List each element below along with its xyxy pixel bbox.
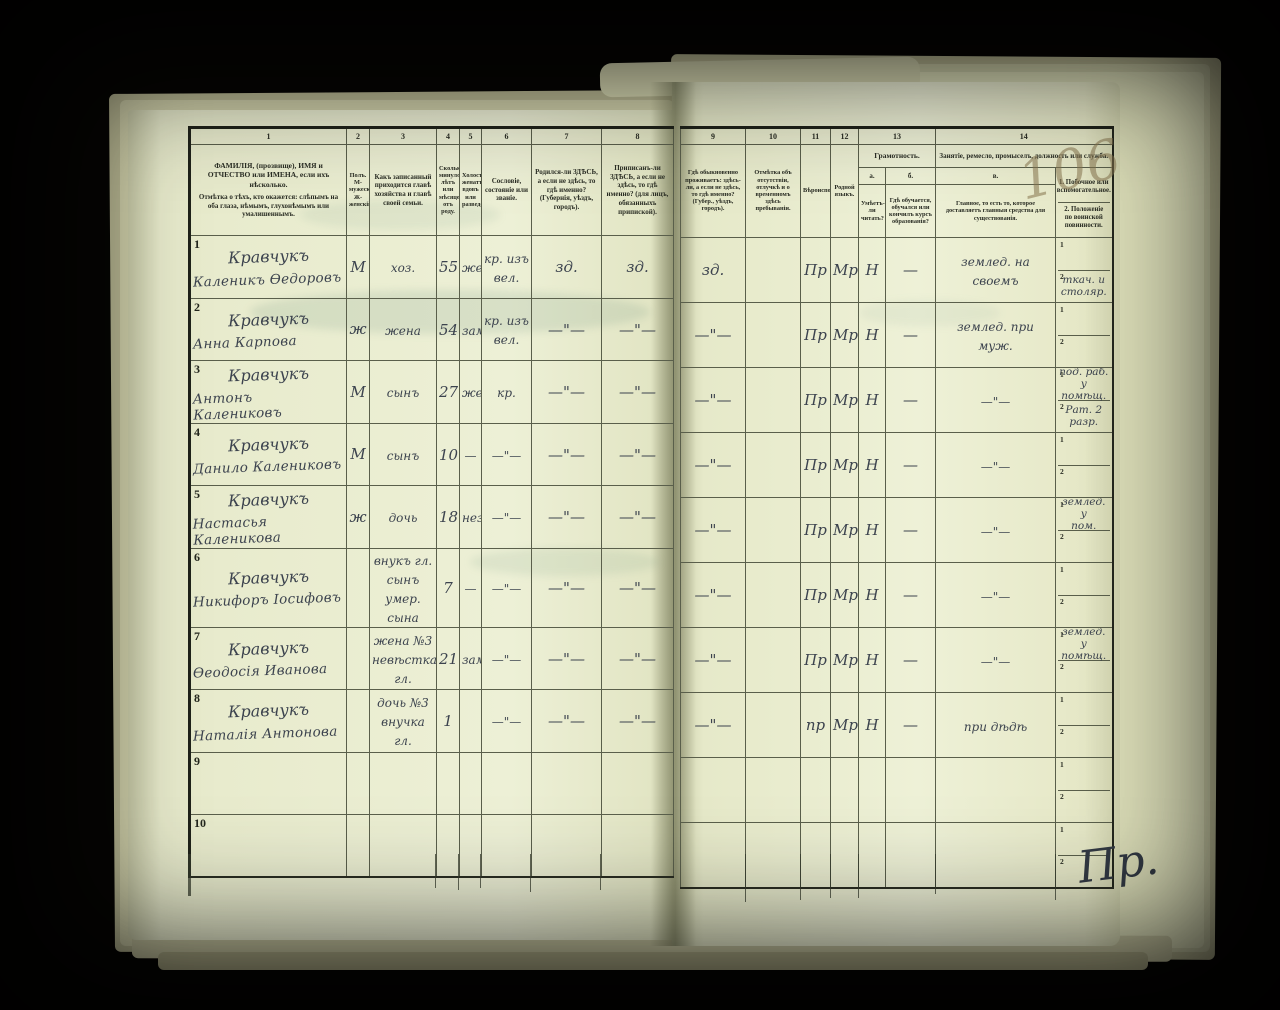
residence-handwriting: —"—	[695, 391, 732, 409]
cell-relation: внукъ гл. сынъ умер. сына	[370, 548, 437, 627]
cell-religion: Пр	[801, 368, 831, 433]
relation-handwriting: дочь	[389, 511, 418, 525]
census-row-right: —"— Пр Мр Н — землед. при муж. 1 2	[681, 303, 1113, 368]
printed-label-1: 1	[1060, 370, 1064, 379]
registration-handwriting: —"—	[619, 446, 656, 464]
birthplace-handwriting: зд.	[555, 258, 577, 276]
cell-age	[437, 752, 460, 815]
cell-registration: —"—	[602, 627, 674, 690]
census-row-left: 6 Кравчукъ Никифоръ Іосифовъ внукъ гл. с…	[190, 548, 674, 627]
fullname-handwriting: Антонъ Калениковъ	[193, 387, 345, 423]
cell-religion: Пр	[801, 628, 831, 693]
cell-sex	[347, 627, 370, 690]
row-number: 4	[194, 425, 200, 440]
fullname-handwriting: Ѳеодосія Иванова	[193, 662, 344, 683]
occupation-handwriting: —"—	[981, 590, 1011, 604]
age-handwriting: 55	[439, 258, 458, 276]
cell-birthplace: —"—	[532, 627, 602, 690]
schooling-handwriting: —	[903, 586, 918, 604]
religion-handwriting: Пр	[804, 326, 827, 344]
literacy-handwriting: Н	[865, 261, 878, 279]
occupation-handwriting: —"—	[981, 460, 1011, 474]
page-stack-bottom-2	[158, 952, 1148, 970]
cell-sex: М	[347, 361, 370, 424]
estate-handwriting: —"—	[492, 653, 522, 667]
cell-relation	[370, 815, 437, 878]
col-header-registration: Приписанъ-ли ЗДѢСЬ, а если не здѣсь, то …	[602, 145, 674, 236]
side-occupation-handwriting: землед. у помѣщ.	[1058, 628, 1110, 663]
language-handwriting: Мр	[833, 651, 858, 669]
occupation-handwriting: землед. на своемъ	[961, 255, 1030, 288]
cell-literacy: Н	[859, 563, 886, 628]
cell-sex	[347, 690, 370, 753]
birthplace-handwriting: —"—	[548, 508, 585, 526]
cell-estate: —"—	[482, 548, 532, 627]
cell-estate: —"—	[482, 690, 532, 753]
religion-handwriting: Пр	[804, 521, 827, 539]
census-row-left: 2 Кравчукъ Анна Карпова ж жена 54 зам. к…	[190, 298, 674, 361]
side-occupation-sub1: 1 землед. у пом.	[1058, 499, 1110, 531]
cell-schooling: —	[886, 693, 936, 758]
cell-name: 3 Кравчукъ Антонъ Калениковъ	[190, 361, 347, 424]
residence-handwriting: —"—	[695, 326, 732, 344]
relation-handwriting: жена №3 невѣстка гл.	[372, 634, 437, 686]
residence-handwriting: —"—	[695, 521, 732, 539]
census-row-right: —"— Пр Мр Н — —"— 1 2	[681, 433, 1113, 498]
cell-marital	[460, 752, 482, 815]
cell-name: 4 Кравчукъ Данило Калениковъ	[190, 423, 347, 486]
residence-handwriting: —"—	[695, 716, 732, 734]
col-header-absence: Отмѣтка объ отсутствіи, отлучкѣ и о врем…	[746, 145, 801, 238]
row-number: 2	[194, 300, 200, 315]
side-occupation-sub2: 2	[1058, 596, 1110, 627]
fullname-handwriting: Наталія Антонова	[193, 724, 344, 745]
surname-handwriting: Кравчукъ	[193, 637, 345, 661]
cell-sex	[347, 752, 370, 815]
column-number-row: 1 2 3 4 5 6 7 8	[190, 128, 674, 145]
printed-label-1: 1	[1060, 825, 1064, 834]
table-rule-extension	[830, 854, 831, 898]
age-handwriting: 7	[443, 579, 453, 597]
cell-birthplace: —"—	[532, 548, 602, 627]
occupation-handwriting: —"—	[981, 525, 1011, 539]
col-number: 1	[190, 128, 347, 145]
surname-handwriting: Кравчукъ	[193, 700, 345, 724]
cell-birthplace	[532, 815, 602, 878]
cell-side-occupation: 1 2	[1056, 758, 1113, 823]
cell-age: 27	[437, 361, 460, 424]
marital-handwriting: зам.	[462, 324, 482, 338]
col-number: 10	[746, 128, 801, 145]
literacy-handwriting: Н	[865, 391, 878, 409]
cell-main-occupation: землед. при муж.	[936, 303, 1056, 368]
cell-registration: —"—	[602, 361, 674, 424]
cell-relation: сынъ	[370, 361, 437, 424]
cell-schooling: —	[886, 433, 936, 498]
col-number: 7	[532, 128, 602, 145]
cell-absence	[746, 498, 801, 563]
cell-relation: жена	[370, 298, 437, 361]
cell-registration: —"—	[602, 690, 674, 753]
fullname-handwriting	[193, 784, 344, 789]
birthplace-handwriting: —"—	[548, 383, 585, 401]
census-row-right: —"— Пр Мр Н — —"— 1 под. раб. у помѣщ. 2…	[681, 368, 1113, 433]
literacy-handwriting: Н	[865, 456, 878, 474]
cell-residence	[681, 823, 746, 889]
cell-absence	[746, 303, 801, 368]
cell-relation: сынъ	[370, 423, 437, 486]
registration-handwriting: —"—	[619, 383, 656, 401]
printed-label-2: 2	[1060, 792, 1064, 801]
printed-label-2: 2	[1060, 337, 1064, 346]
col-header-literacy-group: Грамотность.	[859, 145, 936, 168]
cell-marital: зам.	[460, 298, 482, 361]
cell-language: Мр	[831, 693, 859, 758]
fullname-handwriting	[193, 846, 344, 851]
census-row-left: 9	[190, 752, 674, 815]
col-number: 4	[437, 128, 460, 145]
age-handwriting: 18	[439, 508, 458, 526]
printed-label-2: 2	[1060, 402, 1064, 411]
cell-side-occupation: 1 2	[1056, 303, 1113, 368]
surname-handwriting: Кравчукъ	[193, 433, 345, 457]
literacy-handwriting: Н	[865, 716, 878, 734]
census-row-right: —"— пр Мр Н — при дѣдѣ 1 2	[681, 693, 1113, 758]
language-handwriting: Мр	[833, 521, 858, 539]
occupation-handwriting: при дѣдѣ	[964, 720, 1027, 734]
cell-schooling: —	[886, 563, 936, 628]
sex-handwriting: М	[350, 258, 365, 276]
cell-marital	[460, 815, 482, 878]
cell-estate: кр. изъ вел.	[482, 236, 532, 299]
cell-language: Мр	[831, 368, 859, 433]
cell-age: 21	[437, 627, 460, 690]
side-occupation-sub1: 1	[1058, 564, 1110, 596]
cell-birthplace: —"—	[532, 423, 602, 486]
cell-absence	[746, 238, 801, 303]
cell-residence: —"—	[681, 693, 746, 758]
cell-estate: кр. изъ вел.	[482, 298, 532, 361]
cell-literacy	[859, 758, 886, 823]
table-rule-extension	[800, 854, 801, 900]
col-header-can-read: Умѣетъ-ли читать?	[859, 185, 886, 238]
cell-absence	[746, 433, 801, 498]
cell-side-occupation: 1 2 ткач. и столяр.	[1056, 238, 1113, 303]
language-handwriting: Мр	[833, 456, 858, 474]
row-number: 6	[194, 550, 200, 565]
estate-handwriting: кр. изъ вел.	[484, 314, 529, 347]
row-number: 10	[194, 816, 206, 831]
table-rule-extension	[480, 854, 481, 888]
cell-marital: —	[460, 423, 482, 486]
table-rule-extension	[1055, 854, 1056, 900]
side-occupation-sub2: 2 Рат. 2 разр.	[1058, 401, 1110, 432]
cell-age	[437, 815, 460, 878]
sex-handwriting: ж	[349, 508, 366, 526]
col-number: 6	[482, 128, 532, 145]
schooling-handwriting: —	[903, 326, 918, 344]
cell-sex: М	[347, 423, 370, 486]
cell-schooling: —	[886, 368, 936, 433]
cell-name: 7 Кравчукъ Ѳеодосія Иванова	[190, 627, 347, 690]
side-occupation-sub2: 2	[1058, 791, 1110, 822]
col-number: 2	[347, 128, 370, 145]
cell-name: 5 Кравчукъ Настасья Каленикова	[190, 486, 347, 549]
cell-absence	[746, 563, 801, 628]
sex-handwriting: ж	[349, 320, 366, 338]
cell-absence	[746, 693, 801, 758]
printed-label-1: 1	[1060, 435, 1064, 444]
cell-relation: дочь №3 внучка гл.	[370, 690, 437, 753]
cell-age: 54	[437, 298, 460, 361]
col-number: 11	[801, 128, 831, 145]
cell-registration: зд.	[602, 236, 674, 299]
cell-sex	[347, 548, 370, 627]
estate-handwriting: кр. изъ вел.	[484, 252, 529, 285]
age-handwriting: 54	[439, 321, 458, 339]
residence-handwriting: —"—	[695, 651, 732, 669]
printed-label-2: 2	[1060, 272, 1064, 281]
cell-main-occupation: —"—	[936, 498, 1056, 563]
cell-main-occupation: —"—	[936, 563, 1056, 628]
cell-birthplace: зд.	[532, 236, 602, 299]
col-header-military-status: 2. Положеніе по воинской повинности.	[1058, 203, 1110, 233]
table-rule-extension	[858, 854, 859, 898]
census-row-right: 1 2	[681, 758, 1113, 823]
cell-side-occupation: 1 2	[1056, 693, 1113, 758]
occupation-handwriting: —"—	[981, 655, 1011, 669]
cell-main-occupation: —"—	[936, 628, 1056, 693]
cell-registration	[602, 815, 674, 878]
religion-handwriting: Пр	[804, 586, 827, 604]
cell-schooling	[886, 823, 936, 889]
col-header-marital: Холостъ, женатъ, вдовъ или разведенъ.	[460, 145, 482, 236]
cell-age: 1	[437, 690, 460, 753]
printed-label-2: 2	[1060, 662, 1064, 671]
census-row-left: 1 Кравчукъ Каленикъ Ѳедоровъ М хоз. 55 ж…	[190, 236, 674, 299]
religion-handwriting: Пр	[804, 261, 827, 279]
cell-birthplace: —"—	[532, 690, 602, 753]
birthplace-handwriting: —"—	[548, 579, 585, 597]
estate-handwriting: —"—	[492, 715, 522, 729]
cell-residence: зд.	[681, 238, 746, 303]
cell-relation: дочь	[370, 486, 437, 549]
col-letter-a: а.	[859, 168, 886, 185]
military-status-handwriting: ткач. и столяр.	[1058, 274, 1110, 298]
cell-estate: —"—	[482, 486, 532, 549]
cell-residence	[681, 758, 746, 823]
cell-registration	[602, 752, 674, 815]
printed-label-1: 1	[1060, 565, 1064, 574]
cell-religion: Пр	[801, 563, 831, 628]
language-handwriting: Мр	[833, 261, 858, 279]
fullname-handwriting: Каленикъ Ѳедоровъ	[193, 270, 344, 291]
side-occupation-sub1: 1	[1058, 239, 1110, 271]
cell-language: Мр	[831, 303, 859, 368]
cell-sex: ж	[347, 298, 370, 361]
surname-handwriting: Кравчукъ	[193, 246, 345, 270]
cell-main-occupation: —"—	[936, 433, 1056, 498]
schooling-handwriting: —	[903, 716, 918, 734]
cell-birthplace: —"—	[532, 298, 602, 361]
cell-relation	[370, 752, 437, 815]
cell-literacy: Н	[859, 368, 886, 433]
census-row-right: —"— Пр Мр Н — —"— 1 землед. у помѣщ. 2	[681, 628, 1113, 693]
registration-handwriting: —"—	[619, 650, 656, 668]
registration-handwriting: —"—	[619, 579, 656, 597]
cell-schooling: —	[886, 498, 936, 563]
fullname-handwriting: Данило Калениковъ	[193, 458, 344, 479]
fullname-handwriting: Настасья Каленикова	[193, 512, 345, 548]
cell-name: 6 Кравчукъ Никифоръ Іосифовъ	[190, 548, 347, 627]
side-occupation-handwriting: землед. у пом.	[1058, 498, 1110, 533]
cell-estate: —"—	[482, 627, 532, 690]
col-header-relation: Какъ записанный приходится главѣ хозяйст…	[370, 145, 437, 236]
col-header-schooling: Гдѣ обучается, обучался или кончилъ курс…	[886, 185, 936, 238]
col-header-name-note: Отмѣтка о тѣхъ, кто окажется: слѣпымъ на…	[193, 193, 344, 219]
cell-main-occupation	[936, 758, 1056, 823]
col-header-birthplace: Родился-ли ЗДѢСЬ, а если не здѣсь, то гд…	[532, 145, 602, 236]
cell-residence: —"—	[681, 498, 746, 563]
column-header-row: ФАМИЛІЯ, (прозвище), ИМЯ и ОТЧЕСТВО или …	[190, 145, 674, 236]
col-header-language: Родной языкъ.	[831, 145, 859, 238]
cell-language	[831, 823, 859, 889]
side-occupation-sub2: 2	[1058, 531, 1110, 562]
printed-label-2: 2	[1060, 532, 1064, 541]
cell-marital: нез.	[460, 486, 482, 549]
cell-side-occupation: 1 землед. у помѣщ. 2	[1056, 628, 1113, 693]
cell-age: 18	[437, 486, 460, 549]
cell-language: Мр	[831, 498, 859, 563]
marital-handwriting: нез.	[462, 511, 482, 525]
literacy-handwriting: Н	[865, 586, 878, 604]
printed-label-2: 2	[1060, 467, 1064, 476]
handwritten-corner-mark: Пр.	[1075, 833, 1161, 893]
estate-handwriting: кр.	[497, 386, 516, 400]
cell-main-occupation	[936, 823, 1056, 889]
residence-handwriting: зд.	[702, 261, 724, 279]
col-header-sex: Полъ. М-мужескій. Ж-женскій.	[347, 145, 370, 236]
cell-residence: —"—	[681, 368, 746, 433]
relation-handwriting: сынъ	[387, 386, 419, 400]
literacy-handwriting: Н	[865, 651, 878, 669]
cell-estate: —"—	[482, 423, 532, 486]
cell-marital: зам.	[460, 627, 482, 690]
cell-marital: жен.	[460, 236, 482, 299]
religion-handwriting: Пр	[804, 456, 827, 474]
cell-side-occupation: 1 2	[1056, 563, 1113, 628]
cell-name: 8 Кравчукъ Наталія Антонова	[190, 690, 347, 753]
residence-handwriting: —"—	[695, 456, 732, 474]
cell-religion: Пр	[801, 498, 831, 563]
col-header-name-main: ФАМИЛІЯ, (прозвище), ИМЯ и ОТЧЕСТВО или …	[193, 161, 344, 189]
cell-relation: хоз.	[370, 236, 437, 299]
surname-handwriting	[193, 781, 344, 786]
cell-religion: Пр	[801, 303, 831, 368]
col-header-residence: Гдѣ обыкновенно проживаетъ: здѣсь-ли, а …	[681, 145, 746, 238]
cell-name: 2 Кравчукъ Анна Карпова	[190, 298, 347, 361]
printed-label-1: 1	[1060, 305, 1064, 314]
col-number: 12	[831, 128, 859, 145]
cell-birthplace	[532, 752, 602, 815]
photo-of-census-ledger: 1 2 3 4 5 6 7 8 ФАМИЛІЯ, (прозвище), ИМЯ…	[0, 0, 1280, 1010]
cell-registration: —"—	[602, 548, 674, 627]
col-header-age: Сколько минуло лѣтъ или мѣсяцевъ отъ род…	[437, 145, 460, 236]
table-rule-extension	[600, 854, 601, 890]
cell-residence: —"—	[681, 303, 746, 368]
surname-handwriting: Кравчукъ	[193, 488, 345, 512]
cell-language: Мр	[831, 563, 859, 628]
schooling-handwriting: —	[903, 391, 918, 409]
literacy-handwriting: Н	[865, 326, 878, 344]
cell-birthplace: —"—	[532, 486, 602, 549]
cell-name: 9	[190, 752, 347, 815]
surname-handwriting	[193, 843, 344, 848]
printed-label-1: 1	[1060, 695, 1064, 704]
side-occupation-sub1: 1	[1058, 304, 1110, 336]
cell-registration: —"—	[602, 423, 674, 486]
cell-relation: жена №3 невѣстка гл.	[370, 627, 437, 690]
cell-age: 10	[437, 423, 460, 486]
age-handwriting: 27	[439, 383, 458, 401]
row-number: 7	[194, 629, 200, 644]
col-number: 13	[859, 128, 936, 145]
cell-literacy	[859, 823, 886, 889]
schooling-handwriting: —	[903, 651, 918, 669]
cell-sex: ж	[347, 486, 370, 549]
schooling-handwriting: —	[903, 261, 918, 279]
printed-label-2: 2	[1060, 857, 1064, 866]
cell-name: 10	[190, 815, 347, 878]
cell-marital: —	[460, 548, 482, 627]
side-occupation-sub1: 1	[1058, 434, 1110, 466]
language-handwriting: Мр	[833, 391, 858, 409]
relation-handwriting: сынъ	[387, 449, 419, 463]
table-rule-extension	[435, 854, 436, 888]
side-occupation-sub2: 2	[1058, 466, 1110, 497]
relation-handwriting: жена	[385, 324, 421, 338]
marital-handwriting: —	[465, 449, 477, 463]
table-rule-extension	[530, 854, 531, 892]
cell-estate	[482, 752, 532, 815]
schooling-handwriting: —	[903, 521, 918, 539]
census-row-right: —"— Пр Мр Н — —"— 1 2	[681, 563, 1113, 628]
age-handwriting: 21	[439, 650, 458, 668]
religion-handwriting: Пр	[804, 391, 827, 409]
printed-label-1: 1	[1060, 240, 1064, 249]
cell-religion	[801, 758, 831, 823]
birthplace-handwriting: —"—	[548, 712, 585, 730]
table-rule-extension	[935, 854, 936, 894]
census-row-right: зд. Пр Мр Н — землед. на своемъ 1 2 ткач…	[681, 238, 1113, 303]
cell-schooling	[886, 758, 936, 823]
cell-name: 1 Кравчукъ Каленикъ Ѳедоровъ	[190, 236, 347, 299]
census-table-right-page: 9 10 11 12 13 14 Гдѣ обыкновенно прожива…	[680, 126, 1114, 889]
cell-literacy: Н	[859, 498, 886, 563]
col-header-religion: Вѣроисповѣданіе.	[801, 145, 831, 238]
cell-sex	[347, 815, 370, 878]
cell-birthplace: —"—	[532, 361, 602, 424]
cell-language	[831, 758, 859, 823]
literacy-handwriting: Н	[865, 521, 878, 539]
fullname-handwriting: Анна Карпова	[193, 333, 344, 354]
census-row-left: 4 Кравчукъ Данило Калениковъ М сынъ 10 —…	[190, 423, 674, 486]
cell-sex: М	[347, 236, 370, 299]
relation-handwriting: внукъ гл. сынъ умер. сына	[374, 554, 432, 625]
cell-main-occupation: землед. на своемъ	[936, 238, 1056, 303]
census-row-right: —"— Пр Мр Н — —"— 1 землед. у пом. 2	[681, 498, 1113, 563]
surname-handwriting: Кравчукъ	[193, 308, 345, 332]
